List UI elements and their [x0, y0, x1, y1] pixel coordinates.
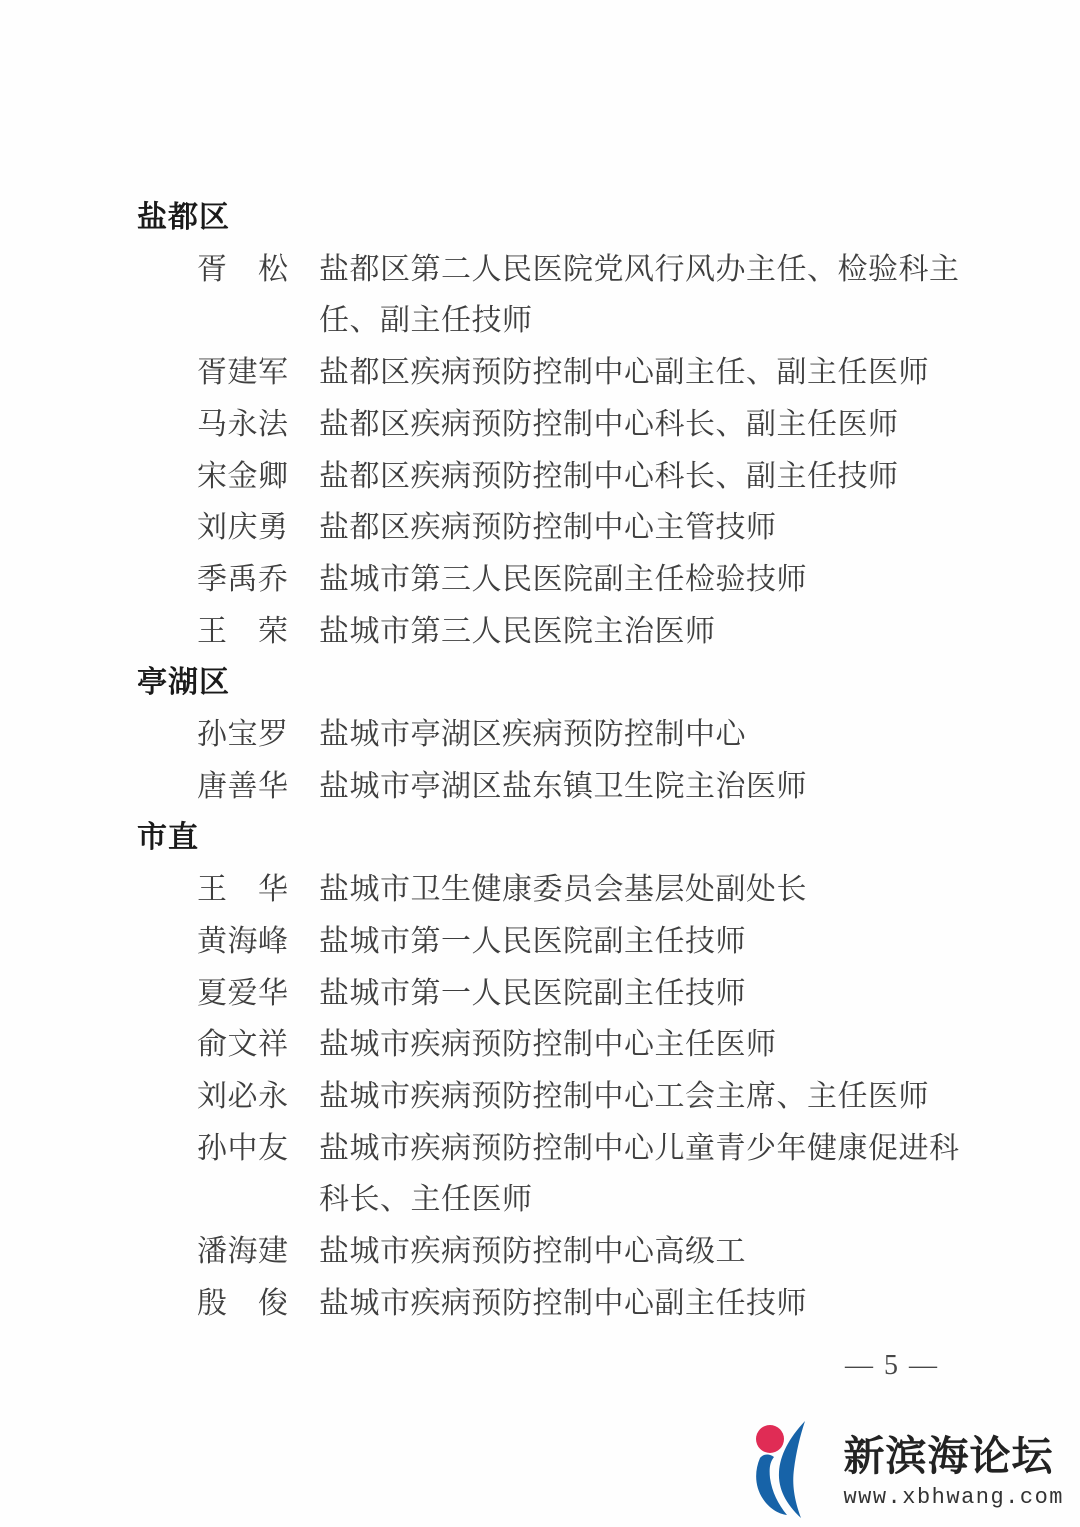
- section-title-shizhi: 市直: [137, 812, 969, 864]
- list-item: 马永法 盐都区疾病预防控制中心科长、副主任医师: [137, 399, 969, 451]
- list-item: 唐善华 盐城市亭湖区盐东镇卫生院主治医师: [137, 761, 969, 813]
- list-item: 胥 松 盐都区第二人民医院党风行风办主任、检验科主 任、副主任技师: [137, 244, 969, 347]
- person-name: 夏爱华: [197, 968, 319, 1020]
- person-title: 盐城市亭湖区疾病预防控制中心: [319, 709, 969, 761]
- person-name: 王 华: [197, 864, 319, 916]
- list-item: 孙中友 盐城市疾病预防控制中心儿童青少年健康促进科 科长、主任医师: [137, 1123, 969, 1226]
- list-item: 潘海建 盐城市疾病预防控制中心高级工: [137, 1226, 969, 1278]
- person-name: 唐善华: [197, 761, 319, 813]
- person-title: 盐城市疾病预防控制中心工会主席、主任医师: [319, 1071, 969, 1123]
- list-item: 俞文祥 盐城市疾病预防控制中心主任医师: [137, 1019, 969, 1071]
- list-item: 刘庆勇 盐都区疾病预防控制中心主管技师: [137, 502, 969, 554]
- list-item: 胥建军 盐都区疾病预防控制中心副主任、副主任医师: [137, 347, 969, 399]
- site-url: www.xbhwang.com: [843, 1484, 1064, 1512]
- person-name: 俞文祥: [197, 1019, 319, 1071]
- person-title: 盐都区疾病预防控制中心科长、副主任医师: [319, 399, 969, 451]
- person-name: 潘海建: [197, 1226, 319, 1278]
- person-title: 盐城市疾病预防控制中心主任医师: [319, 1019, 969, 1071]
- person-name: 刘庆勇: [197, 502, 319, 554]
- list-item: 黄海峰 盐城市第一人民医院副主任技师: [137, 916, 969, 968]
- person-name: 季禹乔: [197, 554, 319, 606]
- person-name: 马永法: [197, 399, 319, 451]
- person-title: 盐城市疾病预防控制中心副主任技师: [319, 1278, 969, 1330]
- xbhwang-watermark: 新滨海论坛 www.xbhwang.com: [749, 1420, 1064, 1519]
- list-item: 季禹乔 盐城市第三人民医院副主任检验技师: [137, 554, 969, 606]
- person-name: 黄海峰: [197, 916, 319, 968]
- award-name-list: 盐都区 胥 松 盐都区第二人民医院党风行风办主任、检验科主 任、副主任技师 胥建…: [137, 192, 969, 1329]
- list-item: 王 荣 盐城市第三人民医院主治医师: [137, 606, 969, 658]
- person-name: 刘必永: [197, 1071, 319, 1123]
- person-title: 盐都区疾病预防控制中心科长、副主任技师: [319, 451, 969, 503]
- xbhwang-logo-icon: [749, 1420, 839, 1519]
- list-item: 夏爱华 盐城市第一人民医院副主任技师: [137, 968, 969, 1020]
- list-item: 王 华 盐城市卫生健康委员会基层处副处长: [137, 864, 969, 916]
- person-title: 盐城市亭湖区盐东镇卫生院主治医师: [319, 761, 969, 813]
- page-number: — 5 —: [845, 1346, 939, 1386]
- person-title: 盐城市疾病预防控制中心高级工: [319, 1226, 969, 1278]
- person-title: 盐城市第三人民医院副主任检验技师: [319, 554, 969, 606]
- person-title: 盐城市疾病预防控制中心儿童青少年健康促进科 科长、主任医师: [319, 1123, 969, 1226]
- list-item: 孙宝罗 盐城市亭湖区疾病预防控制中心: [137, 709, 969, 761]
- person-title: 盐都区疾病预防控制中心副主任、副主任医师: [319, 347, 969, 399]
- section-title-yandu: 盐都区: [137, 192, 969, 244]
- document-page: 盐都区 胥 松 盐都区第二人民医院党风行风办主任、检验科主 任、副主任技师 胥建…: [0, 0, 1080, 1527]
- person-title: 盐城市第一人民医院副主任技师: [319, 968, 969, 1020]
- person-name: 孙宝罗: [197, 709, 319, 761]
- person-title: 盐都区第二人民医院党风行风办主任、检验科主 任、副主任技师: [319, 244, 969, 347]
- list-item: 殷 俊 盐城市疾病预防控制中心副主任技师: [137, 1278, 969, 1330]
- person-title: 盐都区疾病预防控制中心主管技师: [319, 502, 969, 554]
- watermark-text: 新滨海论坛 www.xbhwang.com: [843, 1428, 1064, 1512]
- person-name: 孙中友: [197, 1123, 319, 1226]
- person-title: 盐城市第三人民医院主治医师: [319, 606, 969, 658]
- person-name: 胥建军: [197, 347, 319, 399]
- list-item: 宋金卿 盐都区疾病预防控制中心科长、副主任技师: [137, 451, 969, 503]
- person-name: 王 荣: [197, 606, 319, 658]
- person-title: 盐城市第一人民医院副主任技师: [319, 916, 969, 968]
- section-title-tinghu: 亭湖区: [137, 657, 969, 709]
- person-title: 盐城市卫生健康委员会基层处副处长: [319, 864, 969, 916]
- list-item: 刘必永 盐城市疾病预防控制中心工会主席、主任医师: [137, 1071, 969, 1123]
- site-name: 新滨海论坛: [843, 1428, 1064, 1484]
- person-name: 殷 俊: [197, 1278, 319, 1330]
- person-name: 胥 松: [197, 244, 319, 347]
- person-name: 宋金卿: [197, 451, 319, 503]
